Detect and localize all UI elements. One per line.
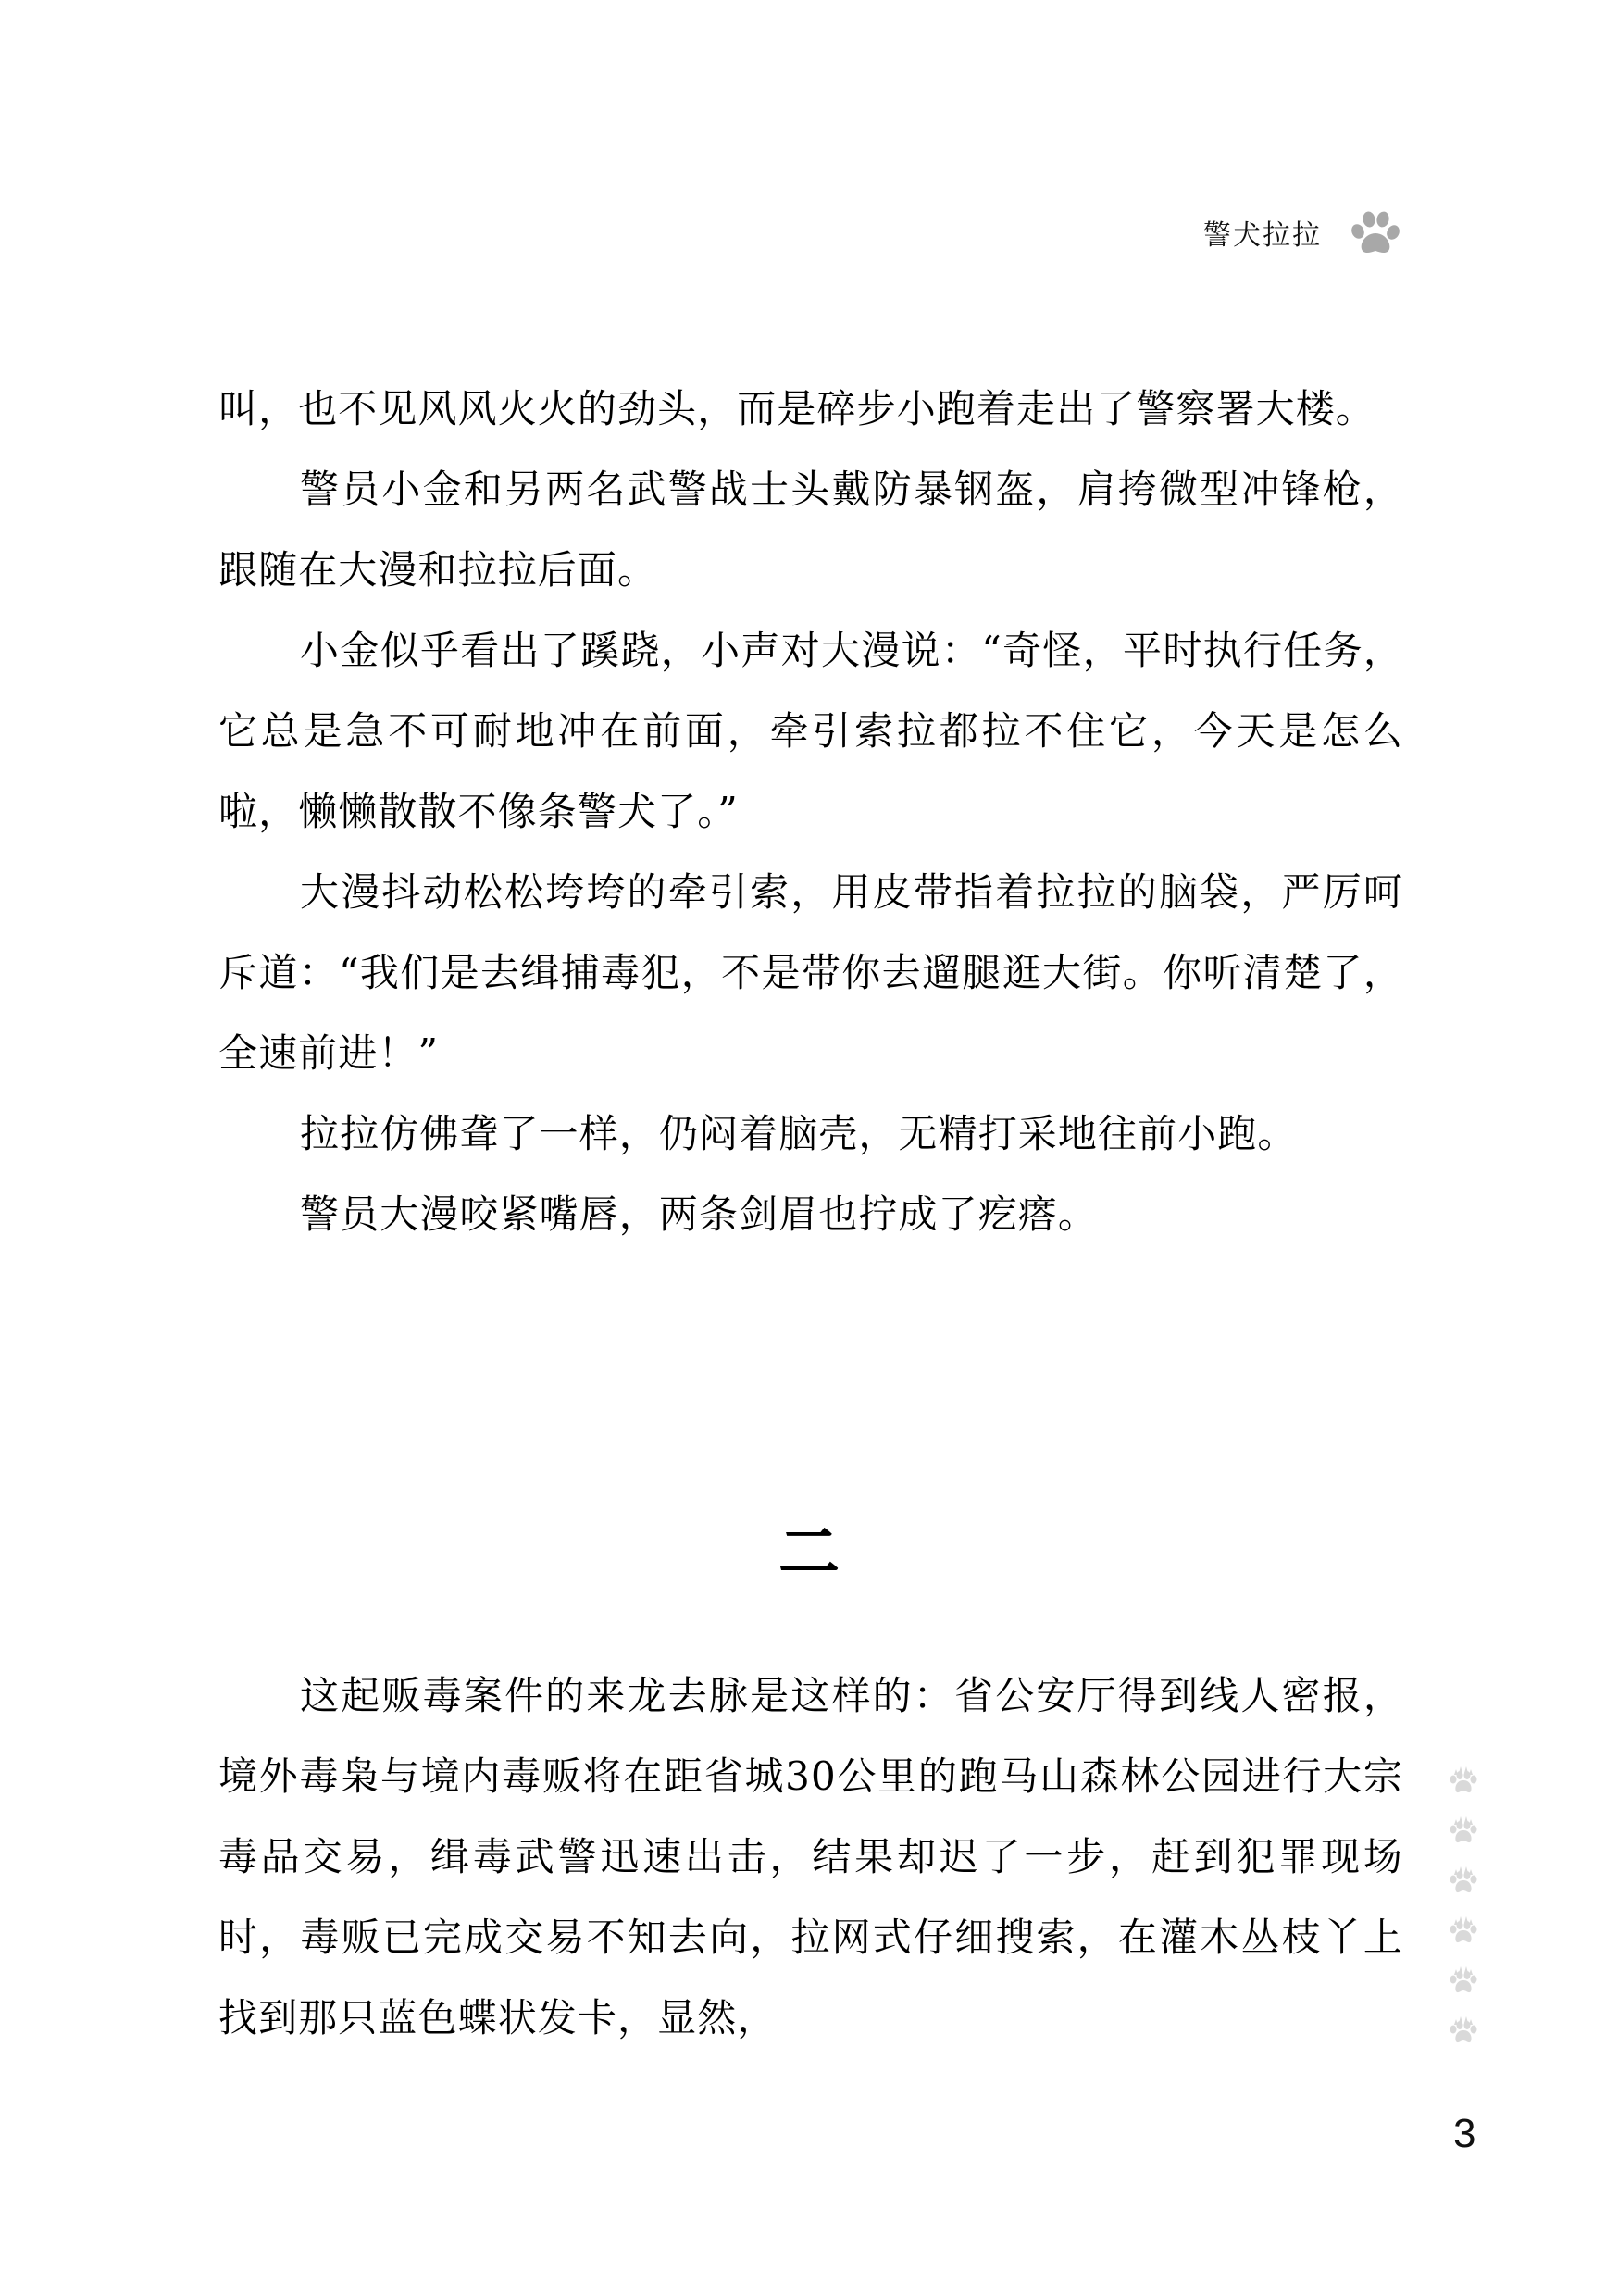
- paw-print-icon: [1449, 1916, 1478, 1944]
- paw-print-trail: [1449, 1766, 1482, 2066]
- paw-print-icon: [1449, 1866, 1478, 1894]
- paragraph: 警员小金和另两名武警战士头戴防暴钢盔，肩挎微型冲锋枪，跟随在大漫和拉拉后面。: [218, 449, 1403, 610]
- paw-print-icon: [1449, 1966, 1478, 1994]
- paw-print-icon: [1449, 1766, 1478, 1794]
- body-text-section-1: 叫，也不见风风火火的劲头，而是碎步小跑着走出了警察署大楼。 警员小金和另两名武警…: [218, 368, 1403, 1254]
- paragraph: 叫，也不见风风火火的劲头，而是碎步小跑着走出了警察署大楼。: [218, 368, 1403, 449]
- paragraph: 小金似乎看出了蹊跷，小声对大漫说：“奇怪，平时执行任务，它总是急不可耐地冲在前面…: [218, 610, 1403, 852]
- paragraph: 拉拉仿佛聋了一样，仍闷着脑壳，无精打采地往前小跑。: [218, 1093, 1403, 1174]
- paragraph: 大漫抖动松松垮垮的牵引索，用皮带指着拉拉的脑袋，严厉呵斥道：“我们是去缉捕毒犯，…: [218, 852, 1403, 1093]
- paragraph: 警员大漫咬紧嘴唇，两条剑眉也拧成了疙瘩。: [218, 1174, 1403, 1254]
- chapter-section-heading: 二: [0, 1515, 1618, 1589]
- running-header: 警犬拉拉: [1203, 209, 1401, 256]
- paw-print-icon: [1350, 209, 1401, 256]
- body-text-section-2: 这起贩毒案件的来龙去脉是这样的：省公安厅得到线人密报，境外毒枭与境内毒贩将在距省…: [218, 1655, 1403, 2058]
- paragraph: 这起贩毒案件的来龙去脉是这样的：省公安厅得到线人密报，境外毒枭与境内毒贩将在距省…: [218, 1655, 1403, 2058]
- paw-print-icon: [1449, 2016, 1478, 2044]
- page-number: 3: [1453, 2111, 1475, 2157]
- paw-print-icon: [1449, 1816, 1478, 1844]
- book-title: 警犬拉拉: [1203, 212, 1322, 253]
